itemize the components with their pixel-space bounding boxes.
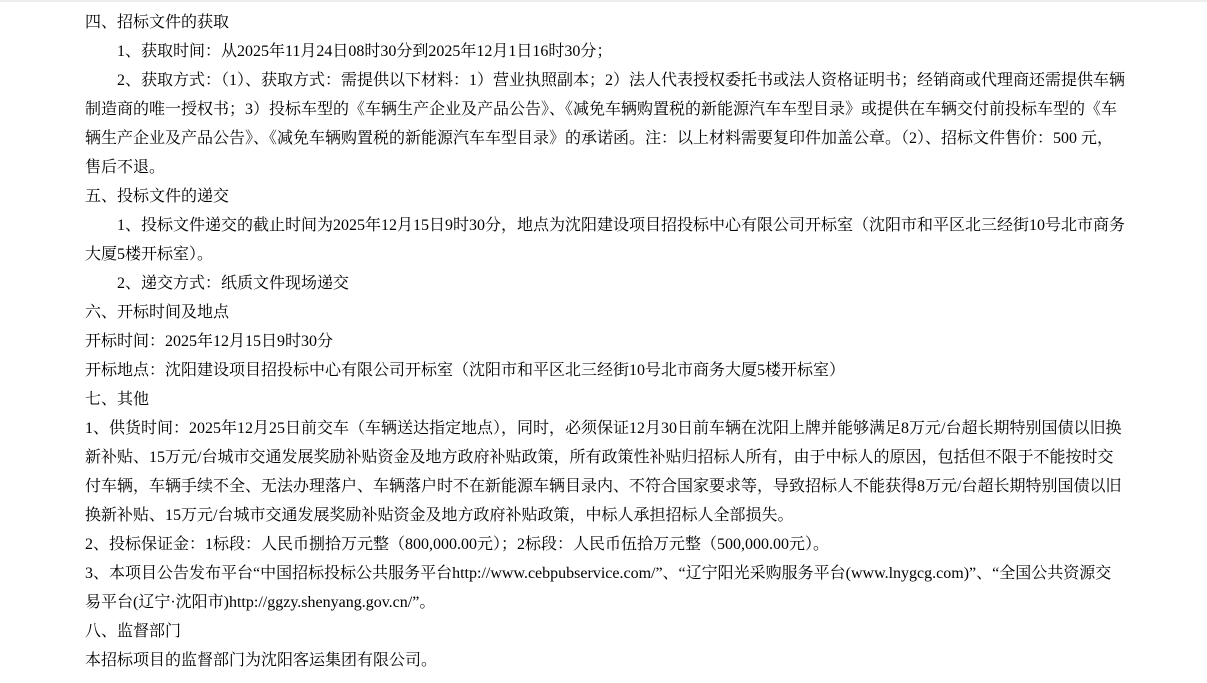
paragraph: 2、投标保证金：1标段：人民币捌拾万元整（800,000.00元）；2标段：人民…	[85, 530, 1127, 559]
document-section: 七、其他 1、供货时间：2025年12月25日前交车（车辆送达指定地点），同时，…	[85, 385, 1127, 617]
document-section: 四、招标文件的获取 1、获取时间：从2025年11月24日08时30分到2025…	[85, 8, 1127, 182]
paragraph: 2、递交方式：纸质文件现场递交	[85, 269, 1127, 298]
paragraph: 3、本项目公告发布平台“中国招标投标公共服务平台http://www.cebpu…	[85, 559, 1127, 617]
paragraph: 1、获取时间：从2025年11月24日08时30分到2025年12月1日16时3…	[85, 37, 1127, 66]
document-section: 五、投标文件的递交 1、投标文件递交的截止时间为2025年12月15日9时30分…	[85, 182, 1127, 298]
section-heading: 六、开标时间及地点	[85, 298, 1127, 327]
tender-notice-document: 四、招标文件的获取 1、获取时间：从2025年11月24日08时30分到2025…	[0, 0, 1207, 683]
section-heading: 四、招标文件的获取	[85, 8, 1127, 37]
paragraph: 1、投标文件递交的截止时间为2025年12月15日9时30分，地点为沈阳建设项目…	[85, 211, 1127, 269]
paragraph: 1、供货时间：2025年12月25日前交车（车辆送达指定地点），同时，必须保证1…	[85, 414, 1127, 530]
document-section: 六、开标时间及地点 开标时间：2025年12月15日9时30分开标地点：沈阳建设…	[85, 298, 1127, 385]
section-heading: 七、其他	[85, 385, 1127, 414]
paragraph: 2、获取方式：（1）、获取方式：需提供以下材料：1）营业执照副本；2）法人代表授…	[85, 66, 1127, 182]
paragraph: 开标地点：沈阳建设项目招投标中心有限公司开标室（沈阳市和平区北三经街10号北市商…	[85, 356, 1127, 385]
document-section: 八、监督部门 本招标项目的监督部门为沈阳客运集团有限公司。	[85, 617, 1127, 675]
paragraph: 开标时间：2025年12月15日9时30分	[85, 327, 1127, 356]
section-heading: 五、投标文件的递交	[85, 182, 1127, 211]
section-heading: 八、监督部门	[85, 617, 1127, 646]
